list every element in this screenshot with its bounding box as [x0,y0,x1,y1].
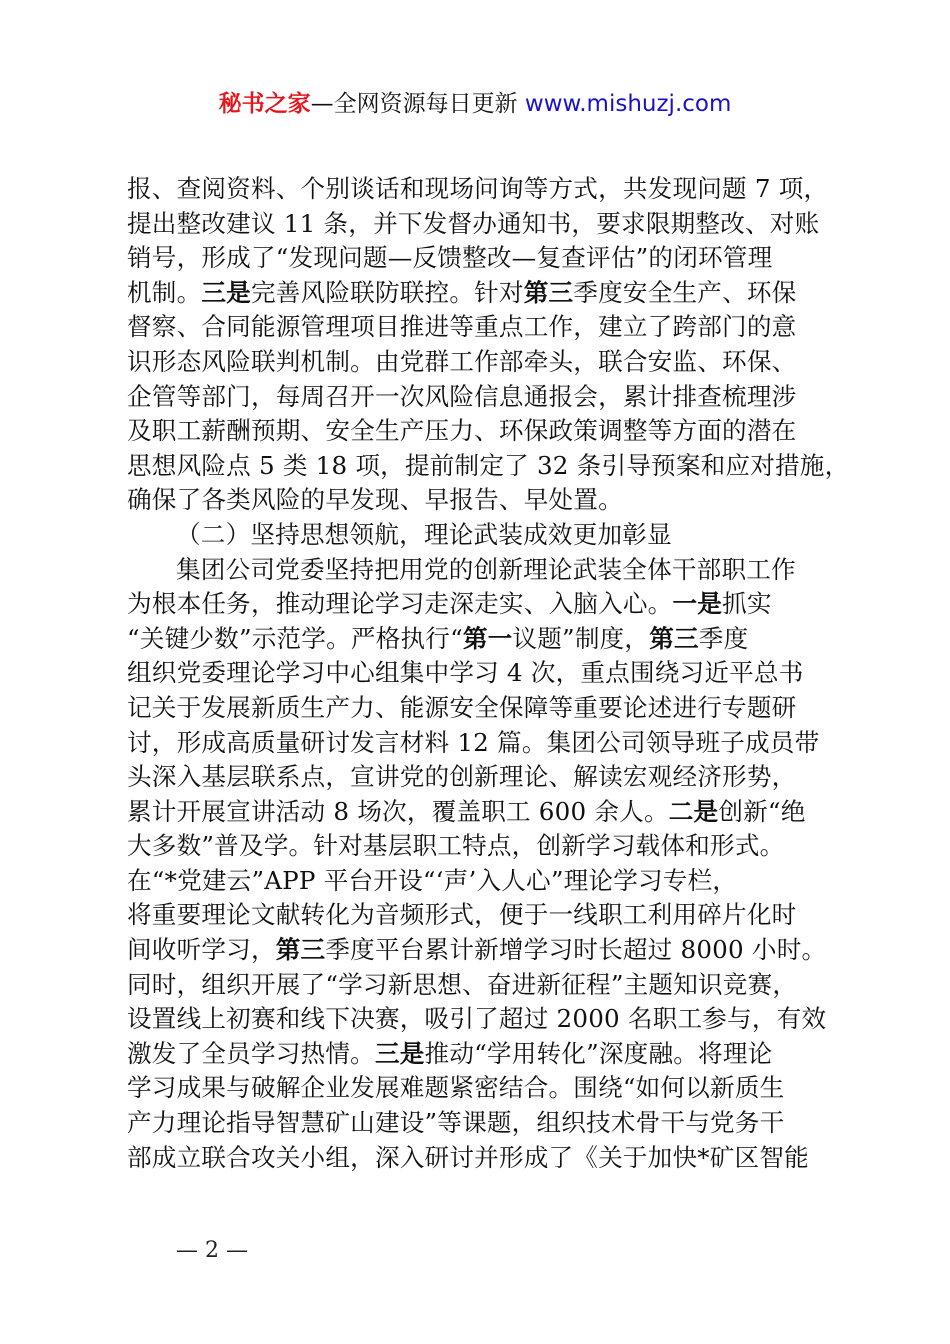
site-url-link[interactable]: www.mishuzj.com [525,91,731,117]
text-segment: 记关于发展新质生产力、能源安全保障等重要论述进行专题研 [127,693,796,722]
text-line: 激发了全员学习热情。三是推动“学用转化”深度融。将理论 [127,1037,847,1072]
text-line: 报、查阅资料、个别谈话和现场问询等方式，共发现问题 7 项， [127,172,847,207]
text-line: 识形态风险联判机制。由党群工作部牵头，联合安监、环保、 [127,345,847,380]
text-segment: 季度安全生产、环保 [573,278,796,307]
brand-name: 秘书之家 [219,91,311,117]
text-segment: 激发了全员学习热情。 [127,1039,375,1068]
text-segment: 销号，形成了“发现问题—反馈整改—复查评估”的闭环管理 [127,243,772,272]
text-segment: 确保了各类风险的早发现、早报告、早处置。 [127,485,623,514]
text-segment: 季度平台累计新增学习时长超过 8000 小时。 [325,935,826,964]
text-line: 同时，组织开展了“学习新思想、奋进新征程”主题知识竞赛， [127,968,847,1003]
text-line: 机制。三是完善风险联防联控。针对第三季度安全生产、环保 [127,276,847,311]
bold-keyword: 一是 [672,589,722,618]
text-segment: 集团公司党委坚持把用党的创新理论武装全体干部职工作 [176,555,796,584]
banner-slogan: —全网资源每日更新 [311,91,525,117]
text-segment: 创新“绝 [718,797,805,826]
text-segment: 学习成果与破解企业发展难题紧密结合。围绕“如何以新质生 [127,1073,784,1102]
text-line: 在“*党建云”APP 平台开设“‘声’入人心”理论学习专栏， [127,864,847,899]
text-line: 及职工薪酬预期、安全生产压力、环保政策调整等方面的潜在 [127,414,847,449]
page-number: — 2 — [176,1238,248,1263]
bold-keyword: 第三 [649,624,699,653]
text-segment: 在“*党建云”APP 平台开设“‘声’入人心”理论学习专栏， [127,866,737,895]
text-segment: 将重要理论文献转化为音频形式，便于一线职工利用碎片化时 [127,900,796,929]
text-segment: 组织党委理论学习中心组集中学习 4 次，重点围绕习近平总书 [127,658,804,687]
text-line: 头深入基层联系点，宣讲党的创新理论、解读宏观经济形势， [127,760,847,795]
bold-keyword: 第三 [276,935,326,964]
text-line: 产力理论指导智慧矿山建设”等课题，组织技术骨干与党务干 [127,1106,847,1141]
text-segment: 部成立联合攻关小组，深入研讨并形成了《关于加快*矿区智能 [127,1143,809,1172]
text-segment: 企管等部门，每周召开一次风险信息通报会，累计排查梳理涉 [127,382,796,411]
text-segment: （二）坚持思想领航，理论武装成效更加彰显 [176,520,672,549]
text-segment: 产力理论指导智慧矿山建设”等课题，组织技术骨干与党务干 [127,1108,784,1137]
text-segment: 讨，形成高质量研讨发言材料 12 篇。集团公司领导班子成员带 [127,728,819,757]
text-line: 提出整改建议 11 条，并下发督办通知书，要求限期整改、对账 [127,207,847,242]
text-segment: 及职工薪酬预期、安全生产压力、环保政策调整等方面的潜在 [127,416,796,445]
text-segment: “关键少数”示范学。严格执行“ [127,624,463,653]
text-line: 思想风险点 5 类 18 项，提前制定了 32 条引导预案和应对措施， [127,449,847,484]
text-line: 间收听学习，第三季度平台累计新增学习时长超过 8000 小时。 [127,933,847,968]
bold-keyword: 二是 [669,797,719,826]
document-body: 报、查阅资料、个别谈话和现场问询等方式，共发现问题 7 项，提出整改建议 11 … [127,172,847,1175]
text-line: 记关于发展新质生产力、能源安全保障等重要论述进行专题研 [127,691,847,726]
text-segment: 为根本任务，推动理论学习走深走实、入脑入心。 [127,589,672,618]
text-line: 学习成果与破解企业发展难题紧密结合。围绕“如何以新质生 [127,1071,847,1106]
text-line: 设置线上初赛和线下决赛，吸引了超过 2000 名职工参与，有效 [127,1002,847,1037]
text-line: 集团公司党委坚持把用党的创新理论武装全体干部职工作 [127,553,847,588]
text-line: 销号，形成了“发现问题—反馈整改—复查评估”的闭环管理 [127,241,847,276]
text-segment: 机制。 [127,278,201,307]
text-segment: 设置线上初赛和线下决赛，吸引了超过 2000 名职工参与，有效 [127,1004,826,1033]
text-segment: 大多数”普及学。针对基层职工特点，创新学习载体和形式。 [127,831,784,860]
text-segment: 头深入基层联系点，宣讲党的创新理论、解读宏观经济形势， [127,762,796,791]
text-segment: 累计开展宣讲活动 8 场次，覆盖职工 600 余人。 [127,797,669,826]
bold-keyword: 三是 [201,278,251,307]
text-line: 讨，形成高质量研讨发言材料 12 篇。集团公司领导班子成员带 [127,726,847,761]
site-banner: 秘书之家—全网资源每日更新 www.mishuzj.com [0,86,950,122]
text-line: 部成立联合攻关小组，深入研讨并形成了《关于加快*矿区智能 [127,1141,847,1176]
text-segment: 思想风险点 5 类 18 项，提前制定了 32 条引导预案和应对措施， [127,451,849,480]
text-segment: 识形态风险联判机制。由党群工作部牵头，联合安监、环保、 [127,347,796,376]
text-segment: 提出整改建议 11 条，并下发督办通知书，要求限期整改、对账 [127,209,819,238]
text-segment: 报、查阅资料、个别谈话和现场问询等方式，共发现问题 7 项， [127,174,828,203]
text-segment: 完善风险联防联控。针对 [251,278,524,307]
text-line: 企管等部门，每周召开一次风险信息通报会，累计排查梳理涉 [127,380,847,415]
text-segment: 季度 [699,624,749,653]
text-line: 督察、合同能源管理项目推进等重点工作，建立了跨部门的意 [127,310,847,345]
bold-keyword: 第三 [524,278,574,307]
bold-keyword: 三是 [375,1039,425,1068]
text-segment: 间收听学习， [127,935,276,964]
text-line: 将重要理论文献转化为音频形式，便于一线职工利用碎片化时 [127,898,847,933]
text-line: 累计开展宣讲活动 8 场次，覆盖职工 600 余人。二是创新“绝 [127,795,847,830]
text-segment: 督察、合同能源管理项目推进等重点工作，建立了跨部门的意 [127,312,796,341]
text-line: 为根本任务，推动理论学习走深走实、入脑入心。一是抓实 [127,587,847,622]
bold-keyword: 第一 [463,624,513,653]
text-line: （二）坚持思想领航，理论武装成效更加彰显 [127,518,847,553]
text-segment: 推动“学用转化”深度融。将理论 [425,1039,773,1068]
text-line: 大多数”普及学。针对基层职工特点，创新学习载体和形式。 [127,829,847,864]
text-segment: 同时，组织开展了“学习新思想、奋进新征程”主题知识竞赛， [127,970,797,999]
text-segment: 议题”制度， [512,624,649,653]
text-line: 确保了各类风险的早发现、早报告、早处置。 [127,483,847,518]
text-line: 组织党委理论学习中心组集中学习 4 次，重点围绕习近平总书 [127,656,847,691]
text-segment: 抓实 [722,589,772,618]
text-line: “关键少数”示范学。严格执行“第一议题”制度，第三季度 [127,622,847,657]
